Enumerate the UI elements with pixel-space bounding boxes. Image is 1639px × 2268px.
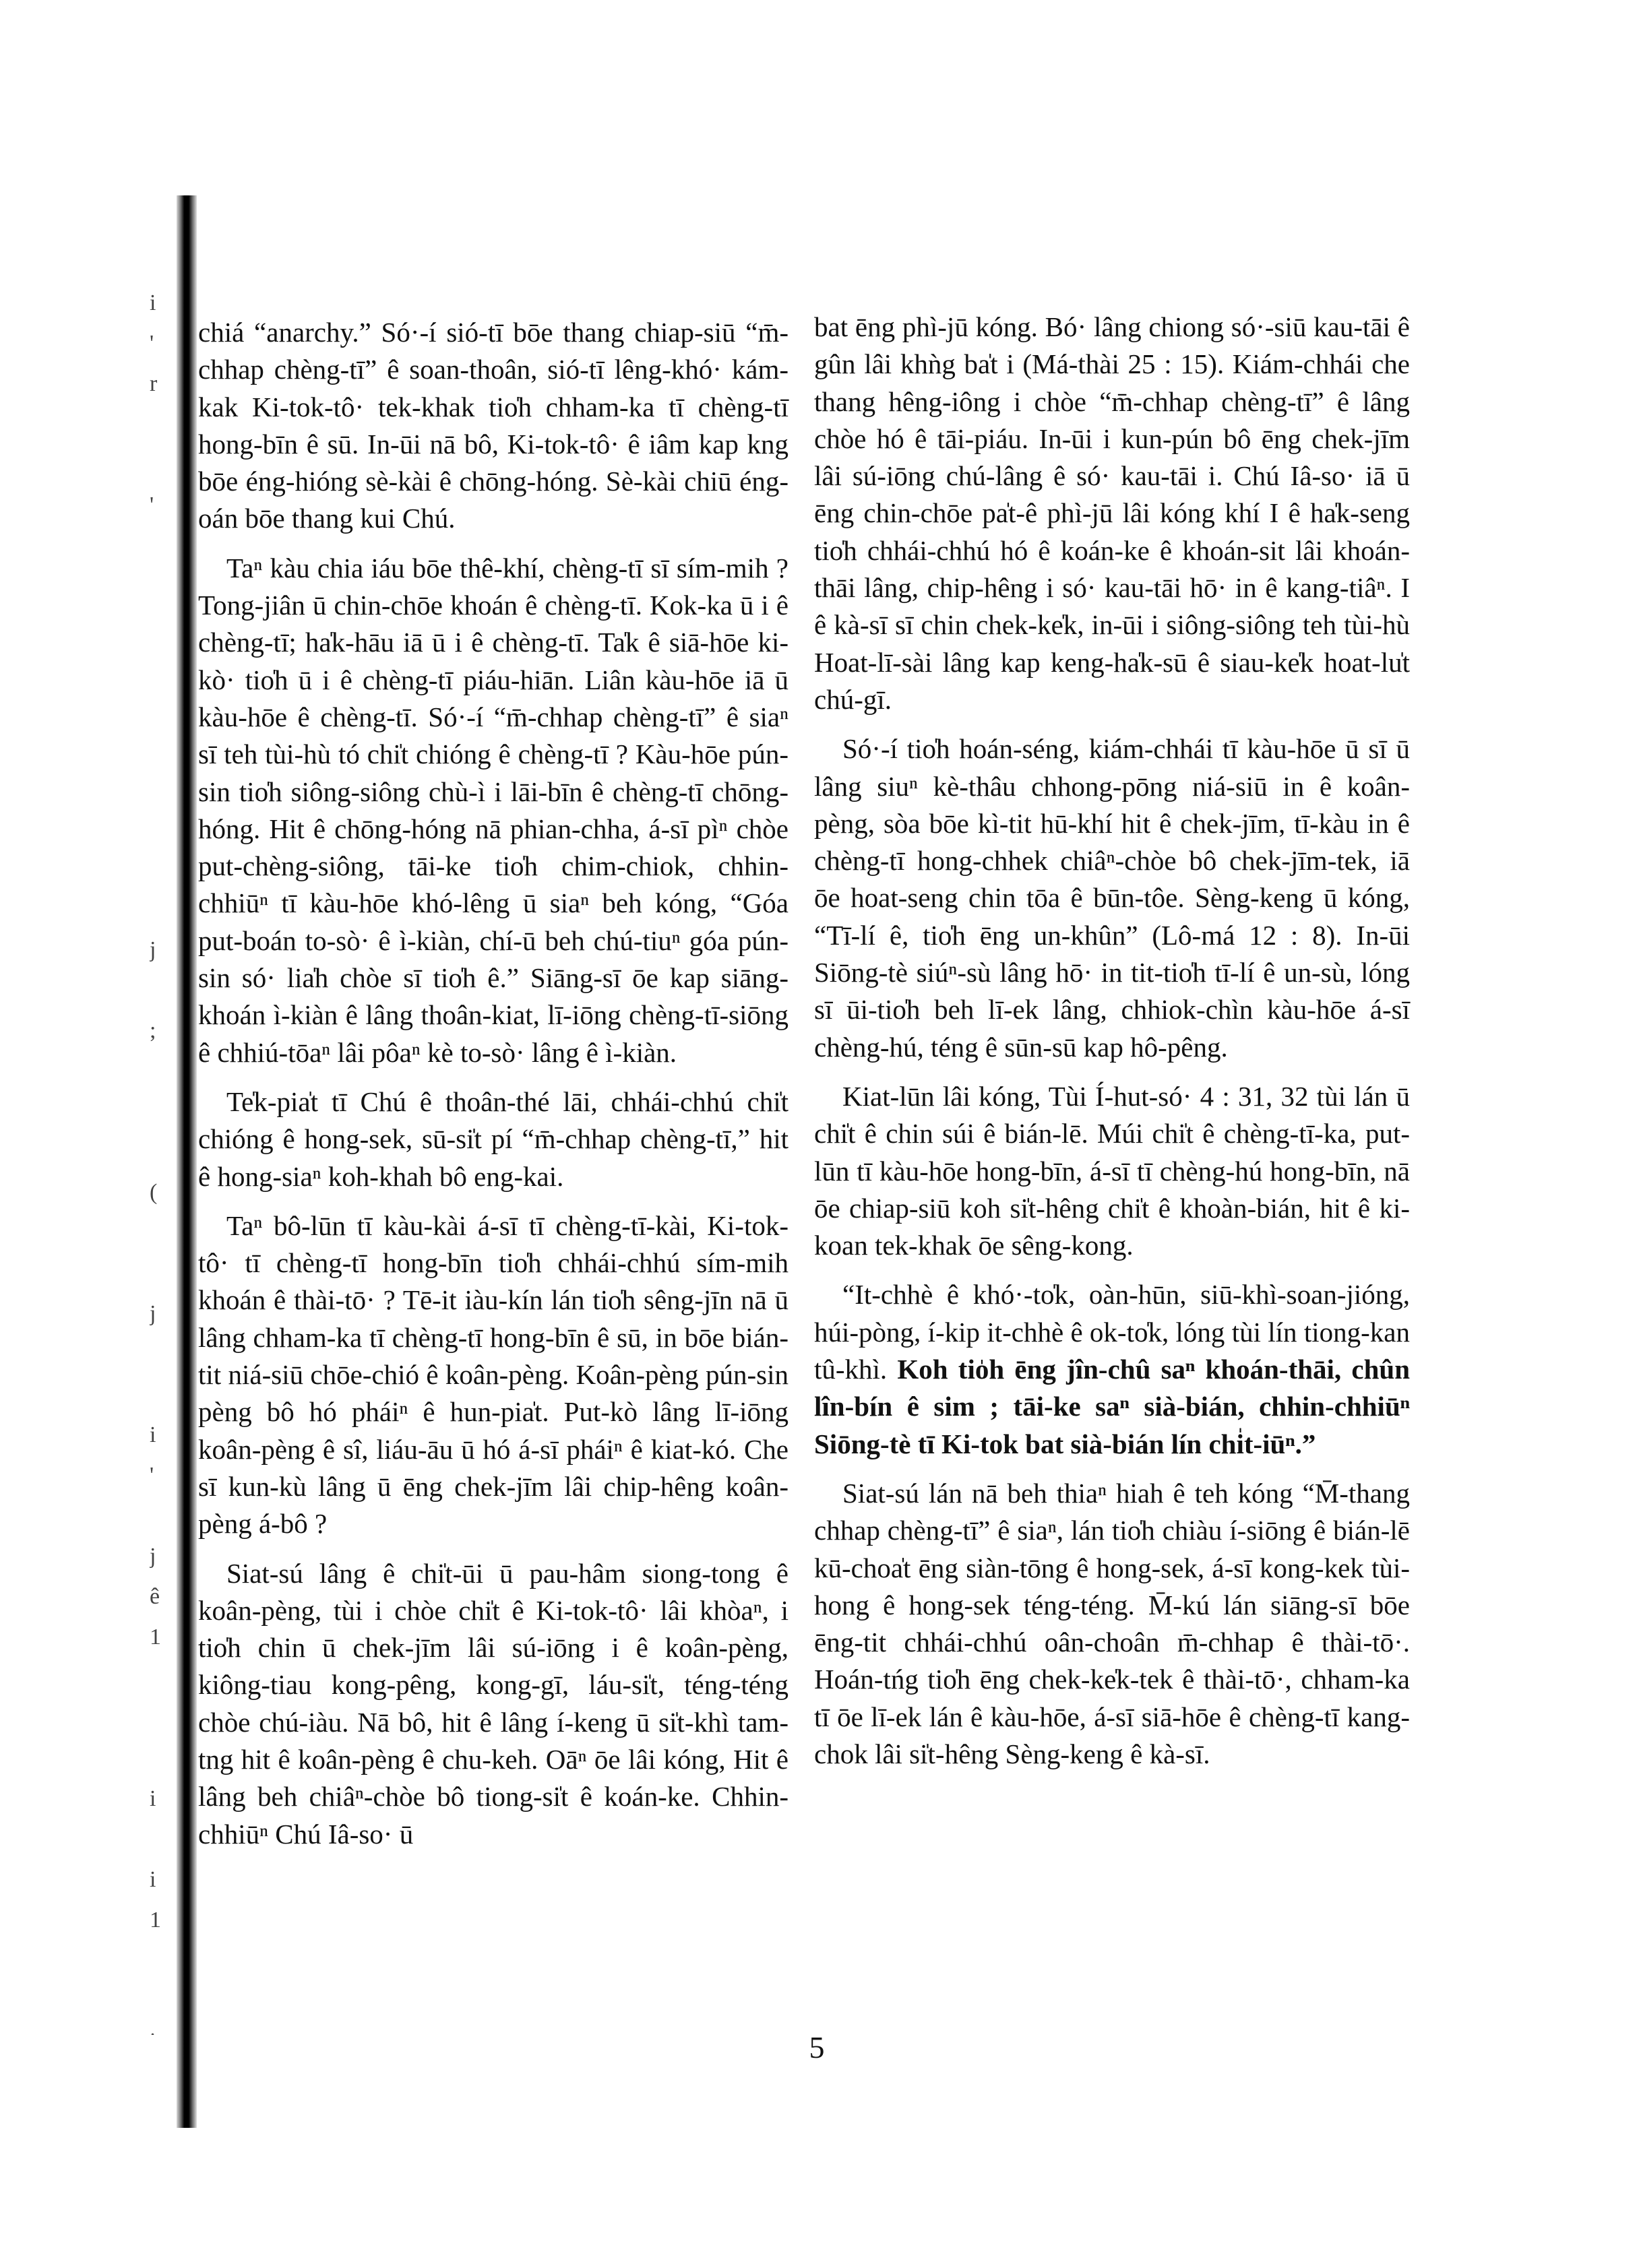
- right-text-column: bat ēng phì-jū kóng. Bó· lâng chiong só·…: [814, 309, 1410, 1785]
- scanned-page: i ' r ' j ; ( j i ' j ê 1 i i 1 i a è ā …: [0, 0, 1639, 2268]
- paragraph: chiá “anarchy.” Só·-í sió-tī bōe thang c…: [198, 314, 788, 538]
- paragraph: Kiat-lūn lâi kóng, Tùi Í-hut-só· 4 : 31,…: [814, 1078, 1410, 1264]
- paragraph: Taⁿ bô-lūn tī kàu-kài á-sī tī chèng-tī-k…: [198, 1207, 788, 1543]
- paragraph: Siat-sú lâng ê chi̍t-ūi ū pau-hâm siong-…: [198, 1555, 788, 1853]
- paragraph: Te̍k-pia̍t tī Chú ê thoân-thé lāi, chhái…: [198, 1083, 788, 1195]
- paragraph: Só·-í tio̍h hoán-séng, kiám-chhái tī kàu…: [814, 730, 1410, 1066]
- paragraph: Siat-sú lán nā beh thiaⁿ hiah ê teh kóng…: [814, 1475, 1410, 1773]
- left-text-column: chiá “anarchy.” Só·-í sió-tī bōe thang c…: [198, 314, 788, 1865]
- quote-text-bold: Koh tio̍h ēng jîn-chû saⁿ khoán-thāi, ch…: [814, 1354, 1410, 1459]
- scripture-quote-paragraph: “It-chhè ê khó·-to̍k, oàn-hūn, siū-khì-s…: [814, 1276, 1410, 1462]
- paragraph: Taⁿ kàu chia iáu bōe thê-khí, chèng-tī s…: [198, 550, 788, 1071]
- paragraph: bat ēng phì-jū kóng. Bó· lâng chiong só·…: [814, 309, 1410, 718]
- page-number: 5: [797, 2029, 837, 2065]
- bleed-through-marks: i ' r ' j ; ( j i ' j ê 1 i i 1 i a è ā …: [150, 283, 177, 2035]
- binding-edge-shadow: [177, 195, 197, 2128]
